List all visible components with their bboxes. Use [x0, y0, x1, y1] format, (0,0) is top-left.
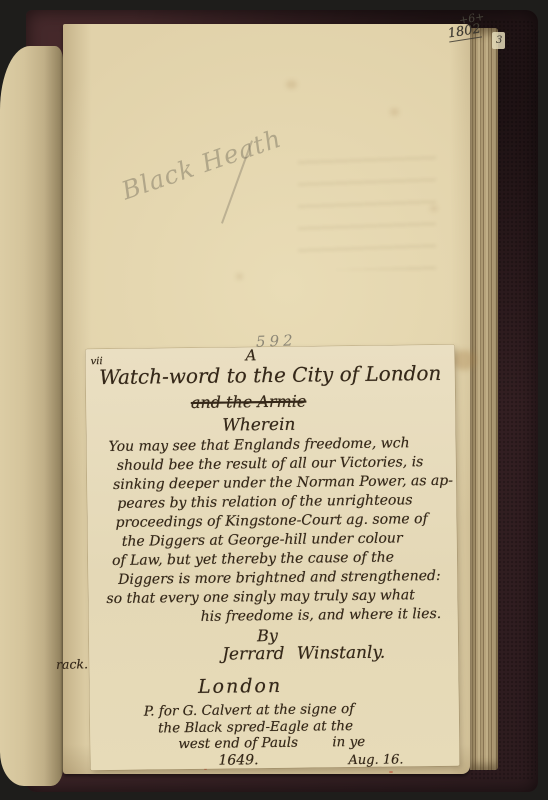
edge-mark: 3	[496, 35, 502, 46]
wherein-heading: Wherein	[74, 415, 443, 437]
photograph-of-manuscript: +6+ 1802 3 592 Black Heath rack. Hucbron…	[0, 0, 548, 800]
foxing-stain	[390, 108, 399, 116]
red-speck	[389, 771, 393, 773]
pasted-manuscript-slip: vii A Watch-word to the City of London a…	[85, 345, 459, 770]
inserted-article: A	[245, 348, 256, 363]
author-name: Jerrard Winstanly.	[119, 643, 488, 665]
imprint-year: 1649.	[218, 753, 258, 767]
foxing-stain	[452, 350, 476, 370]
imprint-line-3: west end of Pauls in ye	[178, 736, 365, 752]
ink-showthrough	[298, 152, 436, 270]
foxing-stain	[286, 80, 297, 89]
foxing-stain	[236, 273, 243, 280]
subtitle-line-struck: and the Armie	[64, 392, 433, 413]
title-line: Watch-word to the City of London	[86, 363, 455, 388]
body-paragraph: You may see that Englands freedome, wch …	[103, 436, 449, 630]
date-note: Aug. 16.	[348, 753, 403, 767]
imprint-place: London	[55, 675, 424, 699]
imprint-line-1: P. for G. Calvert at the signe of	[144, 703, 354, 719]
facing-page-edge	[0, 46, 63, 786]
